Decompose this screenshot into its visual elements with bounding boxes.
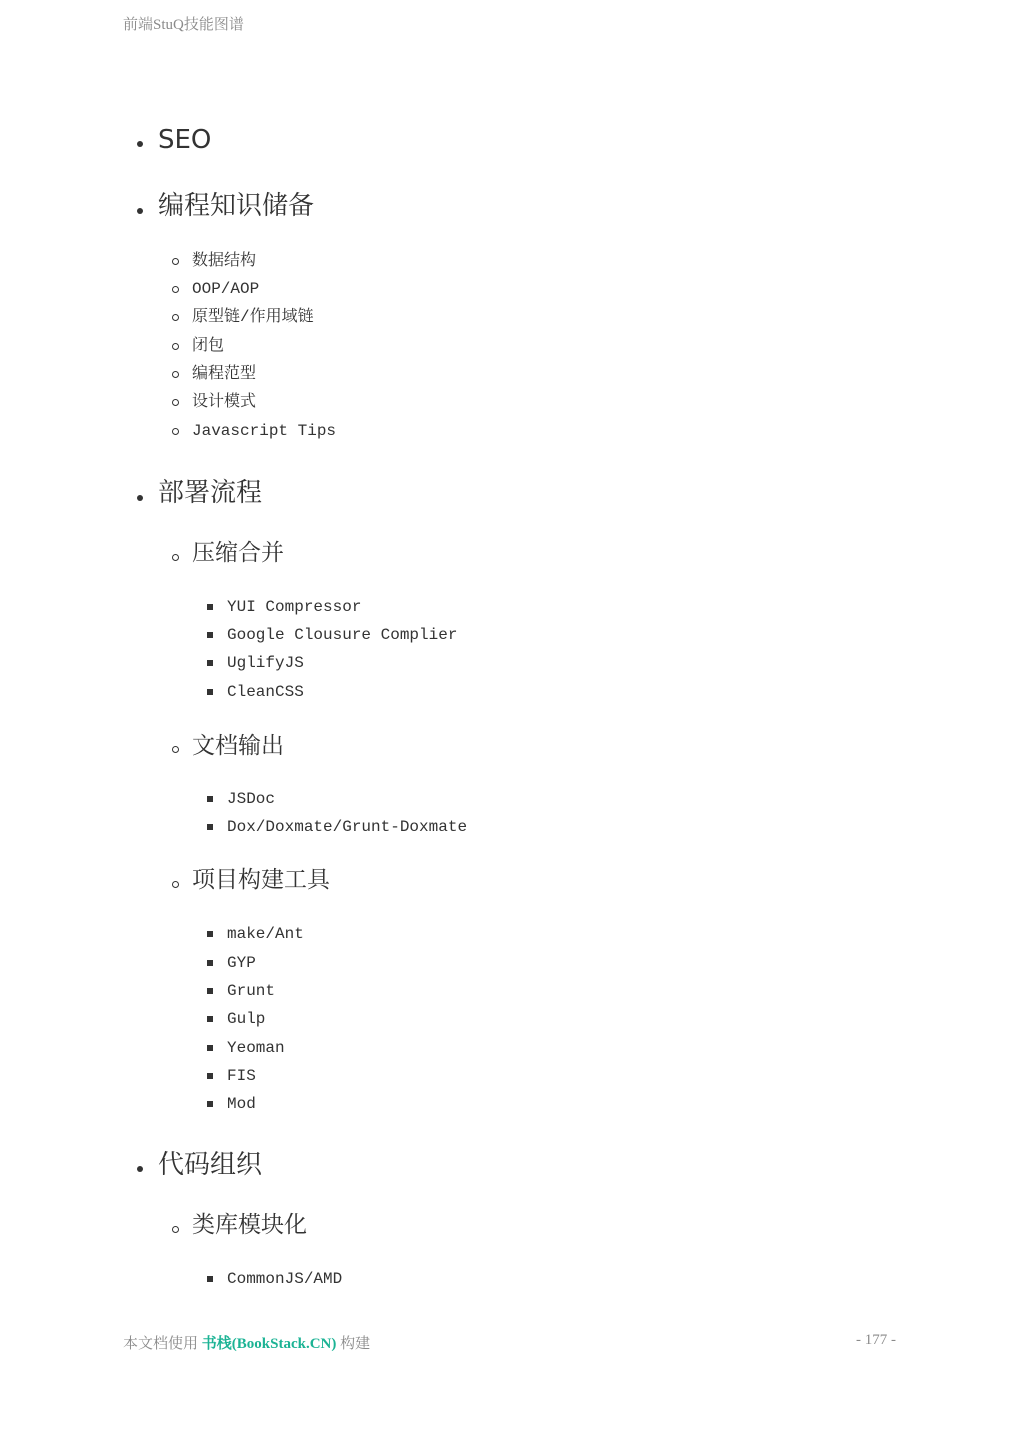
list-item: UglifyJS: [227, 653, 304, 673]
list-item: Mod: [227, 1094, 256, 1114]
circle-bullet-icon: [172, 554, 179, 561]
list-item: 编程范型: [192, 364, 256, 384]
square-bullet-icon: [207, 660, 213, 666]
circle-bullet-icon: [172, 258, 179, 265]
list-item: 设计模式: [192, 392, 256, 412]
circle-bullet-icon: [172, 371, 179, 378]
square-bullet-icon: [207, 931, 213, 937]
list-item: GYP: [227, 953, 256, 973]
list-item: 闭包: [192, 336, 224, 356]
square-bullet-icon: [207, 988, 213, 994]
square-bullet-icon: [207, 960, 213, 966]
square-bullet-icon: [207, 1045, 213, 1051]
circle-bullet-icon: [172, 881, 179, 888]
subsection-heading-build-tools: 项目构建工具: [192, 866, 330, 894]
list-item: OOP/AOP: [192, 279, 259, 299]
circle-bullet-icon: [172, 428, 179, 435]
list-item: Javascript Tips: [192, 421, 336, 441]
square-bullet-icon: [207, 1101, 213, 1107]
square-bullet-icon: [207, 1073, 213, 1079]
square-bullet-icon: [207, 689, 213, 695]
list-item: JSDoc: [227, 789, 275, 809]
footer-suffix: 构建: [340, 1336, 370, 1352]
section-heading-code-org: 代码组织: [158, 1149, 262, 1181]
bookstack-link[interactable]: 书栈(BookStack.CN): [202, 1336, 337, 1352]
list-item: FIS: [227, 1066, 256, 1086]
page-number: - 177 -: [856, 1332, 896, 1349]
circle-bullet-icon: [172, 1226, 179, 1233]
page-header-title: 前端StuQ技能图谱: [123, 13, 244, 34]
circle-bullet-icon: [172, 286, 179, 293]
list-item: CommonJS/AMD: [227, 1269, 342, 1289]
square-bullet-icon: [207, 824, 213, 830]
list-item: Grunt: [227, 981, 275, 1001]
list-item: YUI Compressor: [227, 597, 361, 617]
square-bullet-icon: [207, 1276, 213, 1282]
circle-bullet-icon: [172, 746, 179, 753]
section-heading-seo: SEO: [158, 124, 211, 156]
square-bullet-icon: [207, 604, 213, 610]
square-bullet-icon: [207, 796, 213, 802]
disc-bullet-icon: [137, 141, 143, 147]
list-item: Google Clousure Complier: [227, 625, 457, 645]
list-item: Dox/Doxmate/Grunt-Doxmate: [227, 817, 467, 837]
list-item: make/Ant: [227, 924, 304, 944]
subsection-heading-compress: 压缩合并: [192, 539, 284, 567]
list-item: Gulp: [227, 1009, 265, 1029]
section-heading-deploy: 部署流程: [158, 477, 262, 509]
subsection-heading-docs: 文档输出: [192, 732, 284, 760]
disc-bullet-icon: [137, 495, 143, 501]
disc-bullet-icon: [137, 1166, 143, 1172]
circle-bullet-icon: [172, 343, 179, 350]
list-item: CleanCSS: [227, 682, 304, 702]
list-item: 原型链/作用域链: [192, 307, 314, 327]
list-item: Yeoman: [227, 1038, 285, 1058]
circle-bullet-icon: [172, 399, 179, 406]
square-bullet-icon: [207, 632, 213, 638]
square-bullet-icon: [207, 1016, 213, 1022]
section-heading-programming: 编程知识储备: [158, 190, 314, 222]
disc-bullet-icon: [137, 208, 143, 214]
subsection-heading-modularization: 类库模块化: [192, 1211, 307, 1239]
circle-bullet-icon: [172, 314, 179, 321]
footer-prefix: 本文档使用: [123, 1336, 198, 1352]
page-footer: 本文档使用 书栈(BookStack.CN) 构建: [123, 1332, 370, 1353]
list-item: 数据结构: [192, 251, 256, 271]
